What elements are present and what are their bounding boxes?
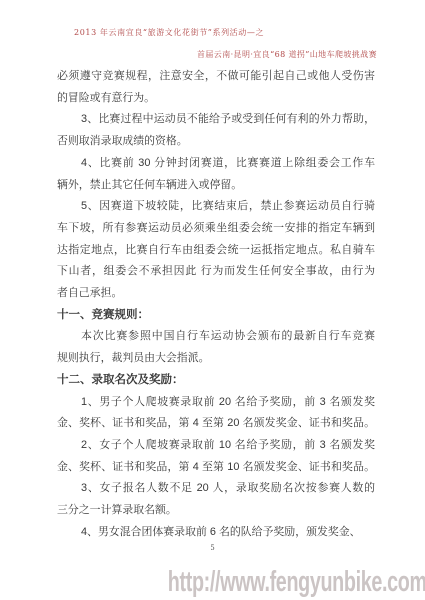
text-line: 本次比赛参照中国自行车运动协会颁布的最新自行车竞赛 — [57, 326, 375, 348]
text-line: 车下坡，所有参赛运动员必须乘坐组委会统一安排的指定车辆到 — [57, 218, 375, 240]
text-line: 的冒险或有意行为。 — [57, 88, 375, 110]
document-body: 必须遵守竞赛规程，注意安全，不做可能引起自己或他人受伤害的冒险或有意行为。3、比… — [57, 66, 375, 543]
text-line: 三分之一计算录取名额。 — [57, 500, 375, 522]
text-line: 金、奖杯、证书和奖品，第 4 至第 10 名颁发奖金、证书和奖品。 — [57, 457, 375, 479]
page-number: 5 — [0, 543, 425, 552]
text-line: 下山者，组委会不承担因此 行为而发生任何安全事故，由行为 — [57, 261, 375, 283]
text-line: 规则执行，裁判员由大会指派。 — [57, 348, 375, 370]
header-event-title: 首届云南·昆明·宜良“68 道拐”山地车爬坡挑战赛 — [197, 49, 377, 60]
text-line: 达指定地点，比赛自行车由组委会统一运抵指定地点。私自骑车 — [57, 240, 375, 262]
text-line: 4、男女混合团体赛录取前 6 名的队给予奖励，颁发奖金、 — [57, 522, 375, 544]
section-heading: 十二、录取名次及奖励： — [57, 370, 375, 392]
text-line: 1、男子个人爬坡赛录取前 20 名给予奖励，前 3 名颁发奖 — [57, 392, 375, 414]
text-line: 否则取消录取成绩的资格。 — [57, 131, 375, 153]
text-line: 必须遵守竞赛规程，注意安全，不做可能引起自己或他人受伤害 — [57, 66, 375, 88]
text-line: 3、比赛过程中运动员不能给予或受到任何有利的外力帮助， — [57, 109, 375, 131]
text-line: 金、奖杯、证书和奖品，第 4 至第 20 名颁发奖金、证书和奖品。 — [57, 413, 375, 435]
text-line: 5、因赛道下坡较陡，比赛结束后，禁止参赛运动员自行骑 — [57, 196, 375, 218]
document-page: 2013 年云南宜良“旅游文化花街节”系列活动—之 首届云南·昆明·宜良“68 … — [0, 0, 425, 600]
header-series-title: 2013 年云南宜良“旅游文化花街节”系列活动—之 — [74, 27, 264, 38]
section-heading: 十一、竞赛规则： — [57, 305, 375, 327]
text-line: 者自己承担。 — [57, 283, 375, 305]
watermark-url: http://www.fengyunbike.com — [168, 566, 425, 599]
text-line: 3、女子报名人数不足 20 人，录取奖励名次按参赛人数的 — [57, 478, 375, 500]
text-line: 4、比赛前 30 分钟封闭赛道，比赛赛道上除组委会工作车 — [57, 153, 375, 175]
text-line: 辆外，禁止其它任何车辆进入或停留。 — [57, 175, 375, 197]
text-line: 2、女子个人爬坡赛录取前 10 名给予奖励，前 3 名颁发奖 — [57, 435, 375, 457]
